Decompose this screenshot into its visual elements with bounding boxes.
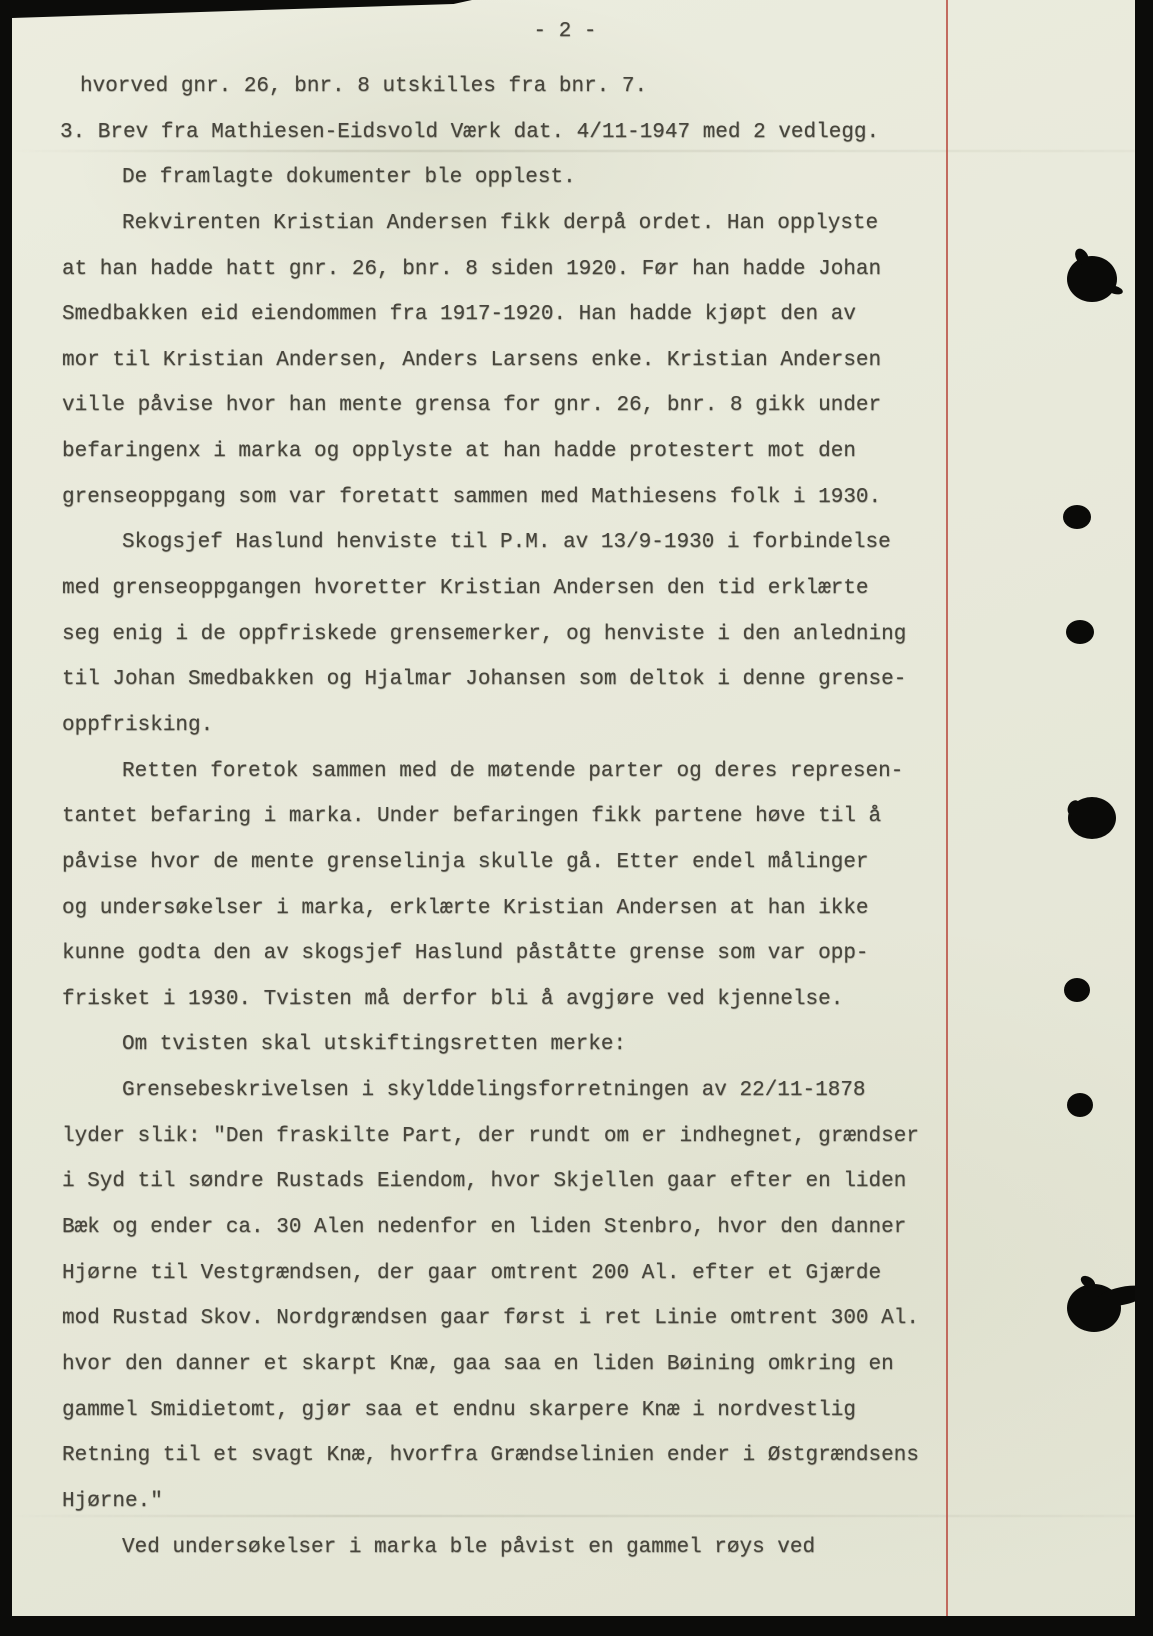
document-line: Retten foretok sammen med de møtende par… [12,749,1005,795]
page-number: - 2 - [530,20,600,43]
document-line: Rekvirenten Kristian Andersen fikk derpå… [12,201,1005,247]
document-line: påvise hvor de mente grenselinja skulle … [12,840,1005,886]
document-line: Ved undersøkelser i marka ble påvist en … [12,1525,1005,1571]
document-line: befaringenx i marka og opplyste at han h… [12,429,1005,475]
document-line: ville påvise hvor han mente grensa for g… [12,383,1005,429]
punch-hole [1067,1273,1135,1332]
punch-hole [1066,620,1094,644]
document-line: mod Rustad Skov. Nordgrændsen gaar først… [12,1296,1005,1342]
document-line: grenseoppgang som var foretatt sammen me… [12,475,1005,521]
document-line: De framlagte dokumenter ble opplest. [12,155,1005,201]
document-line: frisket i 1930. Tvisten må derfor bli å … [12,977,1005,1023]
paper-sheet: - 2 - hvorved gnr. 26, bnr. 8 utskilles … [12,0,1135,1616]
document-line: til Johan Smedbakken og Hjalmar Johansen… [12,657,1005,703]
punch-hole [1063,505,1091,529]
scan-background: { "page": { "number_label": "- 2 -" }, "… [0,0,1153,1636]
punch-hole [1067,246,1124,302]
document-line: 3. Brev fra Mathiesen-Eidsvold Værk dat.… [12,110,1005,156]
document-line: Skogsjef Haslund henviste til P.M. av 13… [12,520,1005,566]
document-line: hvorved gnr. 26, bnr. 8 utskilles fra bn… [12,64,1005,110]
document-line: Om tvisten skal utskiftingsretten merke: [12,1022,1005,1068]
document-line: kunne godta den av skogsjef Haslund påst… [12,931,1005,977]
document-line: i Syd til søndre Rustads Eiendom, hvor S… [12,1159,1005,1205]
document-text: hvorved gnr. 26, bnr. 8 utskilles fra bn… [12,64,1005,1570]
document-line: tantet befaring i marka. Under befaringe… [12,794,1005,840]
document-line: lyder slik: "Den fraskilte Part, der run… [12,1114,1005,1160]
document-line: Hjørne." [12,1479,1005,1525]
document-line: hvor den danner et skarpt Knæ, gaa saa e… [12,1342,1005,1388]
document-line: mor til Kristian Andersen, Anders Larsen… [12,338,1005,384]
punch-hole [1064,978,1090,1002]
document-line: seg enig i de oppfriskede grensemerker, … [12,612,1005,658]
document-line: Smedbakken eid eiendommen fra 1917-1920.… [12,292,1005,338]
document-line: med grenseoppgangen hvoretter Kristian A… [12,566,1005,612]
punch-hole [1065,797,1116,839]
document-line: gammel Smidietomt, gjør saa et endnu ska… [12,1388,1005,1434]
document-line: Hjørne til Vestgrændsen, der gaar omtren… [12,1251,1005,1297]
document-line: at han hadde hatt gnr. 26, bnr. 8 siden … [12,247,1005,293]
punch-hole [1067,1093,1093,1117]
red-margin-line [946,0,948,1616]
top-edge-tear [12,0,472,18]
document-line: oppfrisking. [12,703,1005,749]
document-line: Grensebeskrivelsen i skylddelingsforretn… [12,1068,1005,1114]
document-line: Bæk og ender ca. 30 Alen nedenfor en lid… [12,1205,1005,1251]
document-line: Retning til et svagt Knæ, hvorfra Grænds… [12,1433,1005,1479]
document-line: og undersøkelser i marka, erklærte Krist… [12,886,1005,932]
